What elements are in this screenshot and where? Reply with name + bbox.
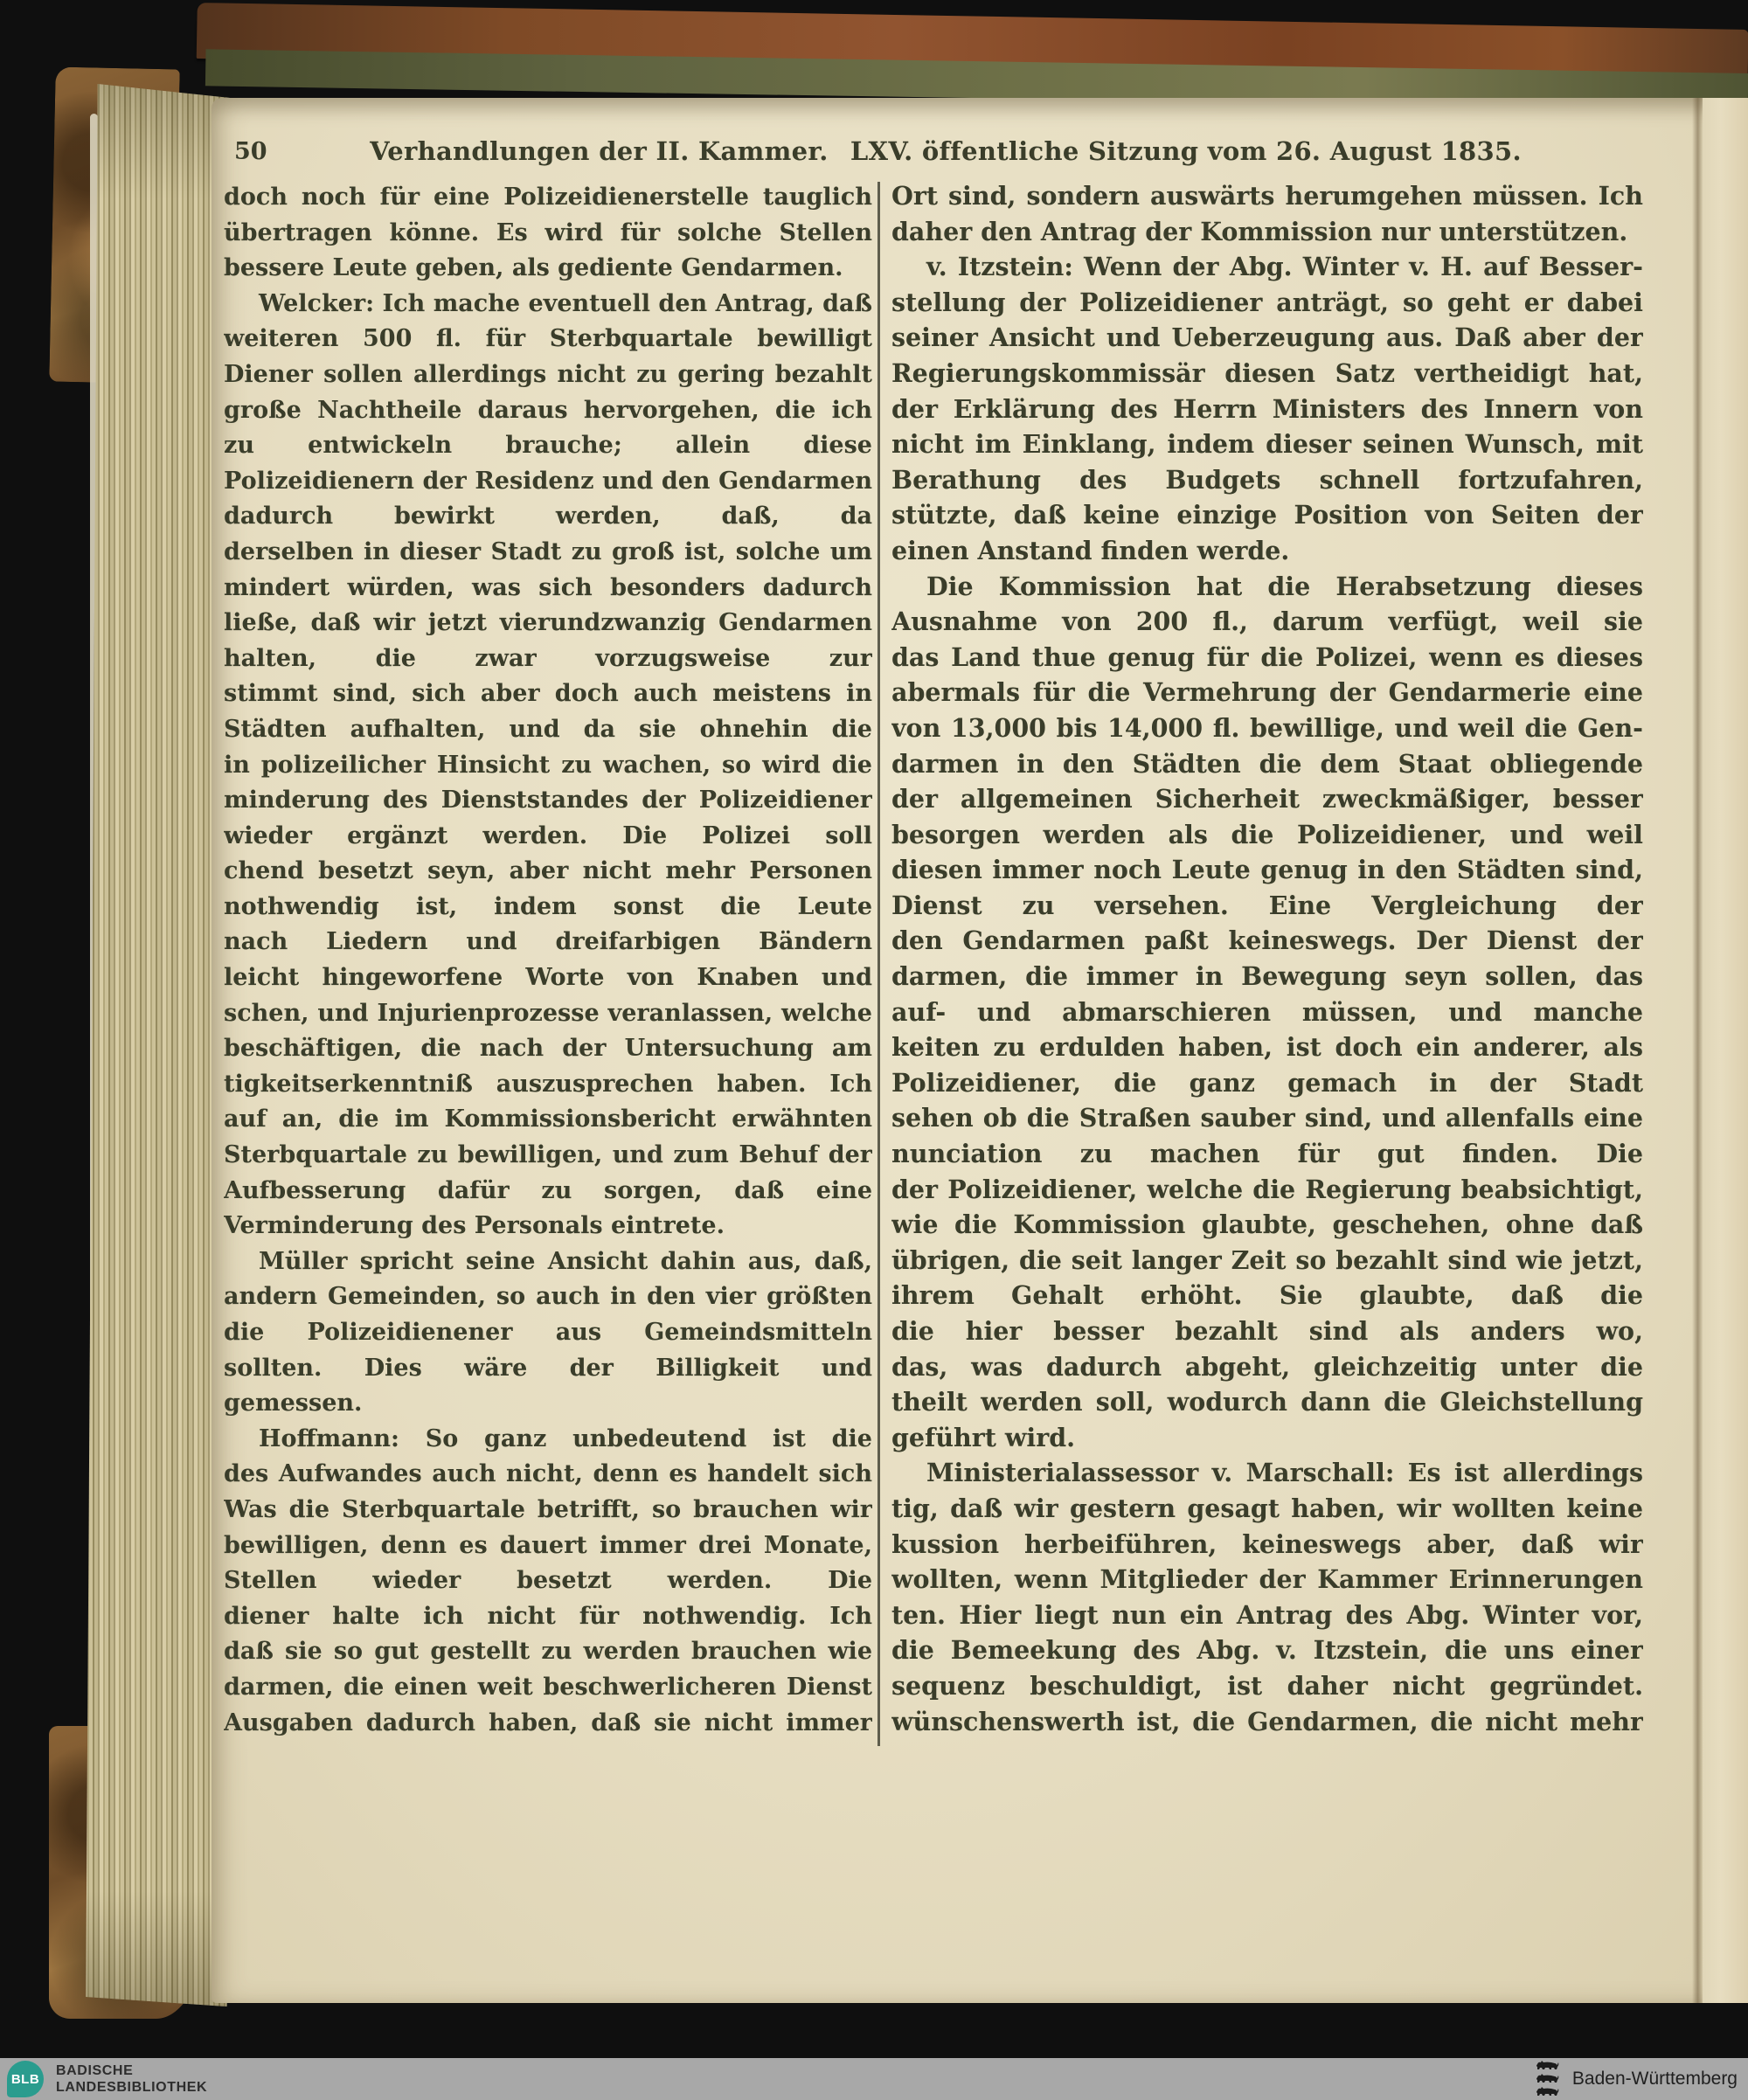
text-line: theilt werden soll, wodurch dann die Gle…	[891, 1384, 1643, 1420]
text-line: Was die Sterbquartale betrifft, so brauc…	[224, 1493, 872, 1528]
text-line: keiten zu erdulden haben, ist doch ein a…	[891, 1029, 1643, 1065]
text-line: die hier besser bezahlt sind als anders …	[891, 1313, 1643, 1349]
text-line: das, was dadurch abgeht, gleichzeitig un…	[891, 1349, 1643, 1385]
text-line: Verminderung des Personals eintrete.	[224, 1209, 872, 1244]
text-line: einen Anstand finden werde.	[891, 533, 1643, 569]
text-line: stimmt sind, sich aber doch auch meisten…	[224, 676, 872, 712]
text-line: darmen in den Städten die dem Staat obli…	[891, 746, 1643, 782]
text-line: Hoffmann: So ganz unbedeutend ist die Ve…	[224, 1422, 872, 1458]
page-number: 50	[234, 138, 267, 165]
blb-logo-icon: BLB	[7, 2061, 44, 2097]
text-line: kussion herbeiführen, keineswegs aber, d…	[891, 1527, 1643, 1563]
text-line: Ort sind, sondern auswärts herumgehen mü…	[891, 178, 1643, 214]
text-line: ihrem Gehalt erhöht. Sie glaubte, daß di…	[891, 1278, 1643, 1313]
text-line: sollten. Dies wäre der Billigkeit und Ge…	[224, 1351, 872, 1387]
text-line: beschäftigen, die nach der Untersuchung …	[224, 1031, 872, 1067]
text-line: seiner Ansicht und Ueberzeugung aus. Daß…	[891, 320, 1643, 356]
text-line: darmen, die einen weit beschwerlicheren …	[224, 1670, 872, 1706]
text-line: Polizeidiener, die ganz gemach in der St…	[891, 1065, 1643, 1101]
text-line: sehen ob die Straßen sauber sind, und al…	[891, 1100, 1643, 1136]
text-line: den Gendarmen paßt keineswegs. Der Diens…	[891, 923, 1643, 959]
text-line: Polizeidienern der Residenz und den Gend…	[224, 464, 872, 500]
page-running-header: Verhandlungen der II. Kammer. LXV. öffen…	[343, 136, 1549, 166]
text-line: diesen immer noch Leute genug in den Stä…	[891, 852, 1643, 888]
text-column-left: doch noch für eine Polizeidienerstelle t…	[224, 180, 872, 1741]
text-line: der allgemeinen Sicherheit zweckmäßiger,…	[891, 781, 1643, 817]
text-line: darmen, die immer in Bewegung seyn solle…	[891, 959, 1643, 995]
text-line: abermals für die Vermehrung der Gendarme…	[891, 675, 1643, 710]
text-line: Dienst zu versehen. Eine Vergleichung de…	[891, 888, 1643, 924]
text-line: wieder ergänzt werden. Die Polizei soll …	[224, 819, 872, 855]
state-name: Baden-Württemberg	[1572, 2069, 1738, 2090]
text-line: Regierungskommissär diesen Satz vertheid…	[891, 356, 1643, 392]
text-line: Stellen wieder besetzt werden. Die Besse…	[224, 1563, 872, 1599]
text-line: wünschenswerth ist, die Gendarmen, die n…	[891, 1704, 1643, 1740]
text-line: auf- und abmarschieren müssen, und manch…	[891, 995, 1643, 1030]
text-line: schen, und Injurienprozesse veranlassen,…	[224, 996, 872, 1032]
page-gutter-crease	[1692, 98, 1703, 2003]
text-line: v. Itzstein: Wenn der Abg. Winter v. H. …	[891, 249, 1643, 285]
text-line: weiteren 500 fl. für Sterbquartale bewil…	[224, 322, 872, 357]
text-line: nothwendig ist, indem sonst die Leute Ue…	[224, 890, 872, 925]
text-line: daher den Antrag der Kommission nur unte…	[891, 214, 1643, 250]
text-line: Diener sollen allerdings nicht zu gering…	[224, 357, 872, 393]
text-line: sequenz beschuldigt, ist daher nicht geg…	[891, 1668, 1643, 1704]
column-divider-rule	[877, 182, 880, 1746]
text-line: zu entwickeln brauche; allein diese Glei…	[224, 428, 872, 464]
scanned-book-page: 50 Verhandlungen der II. Kammer. LXV. öf…	[212, 98, 1748, 2003]
text-line: von 13,000 bis 14,000 fl. bewillige, und…	[891, 710, 1643, 746]
text-line: derselben in dieser Stadt zu groß ist, s…	[224, 535, 872, 571]
text-line: bewilligen, denn es dauert immer drei Mo…	[224, 1528, 872, 1564]
adjacent-page-strip	[1703, 98, 1748, 2003]
text-line: besorgen werden als die Polizeidiener, u…	[891, 817, 1643, 853]
text-line: die Polizeidienener aus Gemeindsmitteln …	[224, 1315, 872, 1351]
text-line: große Nachtheile daraus hervorgehen, die…	[224, 393, 872, 429]
text-line: nach Liedern und dreifarbigen Bändern fa…	[224, 925, 872, 960]
text-line: ließe, daß wir jetzt vierundzwanzig Gend…	[224, 606, 872, 641]
text-column-right: Ort sind, sondern auswärts herumgehen mü…	[891, 178, 1643, 1739]
text-line: stützte, daß keine einzige Position von …	[891, 497, 1643, 533]
text-line: daß sie so gut gestellt zu werden brauch…	[224, 1634, 872, 1670]
text-line: Aufbesserung dafür zu sorgen, daß eine v…	[224, 1174, 872, 1209]
text-line: auf an, die im Kommissionsbericht erwähn…	[224, 1102, 872, 1138]
text-line: minderung des Dienststandes der Polizeid…	[224, 783, 872, 819]
text-line: chend besetzt seyn, aber nicht mehr Pers…	[224, 854, 872, 890]
text-line: Ausnahme von 200 fl., darum verfügt, wei…	[891, 604, 1643, 640]
text-line: übrigen, die seit langer Zeit so bezahlt…	[891, 1243, 1643, 1279]
library-name-line2: LANDESBIBLIOTHEK	[56, 2079, 207, 2096]
text-line: tigkeitserkenntniß auszusprechen haben. …	[224, 1067, 872, 1103]
text-line: übertragen könne. Es wird für solche Ste…	[224, 216, 872, 252]
text-line: dadurch bewirkt werden, daß, da anerkann…	[224, 499, 872, 535]
text-line: Ausgaben dadurch haben, daß sie nicht im…	[224, 1706, 872, 1742]
library-footer-bar: BLB BADISCHE LANDESBIBLIOTHEK Baden-Würt…	[0, 2058, 1748, 2100]
text-line: halten, die zwar vorzugsweise zur Postwa…	[224, 641, 872, 677]
state-branding: Baden-Württemberg	[1532, 2060, 1738, 2098]
text-line: tig, daß wir gestern gesagt haben, wir w…	[891, 1491, 1643, 1527]
text-line: andern Gemeinden, so auch in den vier gr…	[224, 1279, 872, 1315]
text-line: gemessen.	[224, 1386, 872, 1422]
text-line: ten. Hier liegt nun ein Antrag des Abg. …	[891, 1598, 1643, 1633]
text-line: Berathung des Budgets schnell fortzufahr…	[891, 462, 1643, 498]
text-line: Welcker: Ich mache eventuell den Antrag,…	[224, 287, 872, 322]
text-line: wollten, wenn Mitglieder der Kammer Erin…	[891, 1562, 1643, 1598]
text-line: mindert würden, was sich besonders dadur…	[224, 571, 872, 606]
text-line: doch noch für eine Polizeidienerstelle t…	[224, 180, 872, 216]
scan-viewer-canvas: 50 Verhandlungen der II. Kammer. LXV. öf…	[0, 0, 1748, 2100]
text-line: der Polizeidiener, welche die Regierung …	[891, 1172, 1643, 1208]
text-line: stellung der Polizeidiener anträgt, so g…	[891, 285, 1643, 321]
text-line: geführt wird.	[891, 1420, 1643, 1456]
text-line: nunciation zu machen für gut finden. Die…	[891, 1136, 1643, 1172]
text-line: Die Kommission hat die Herabsetzung dies…	[891, 569, 1643, 605]
text-line: bessere Leute geben, als gediente Gendar…	[224, 251, 872, 287]
text-line: leicht hingeworfene Worte von Knaben und…	[224, 960, 872, 996]
text-line: Sterbquartale zu bewilligen, und zum Beh…	[224, 1138, 872, 1174]
text-line: des Aufwandes auch nicht, denn es handel…	[224, 1457, 872, 1493]
text-line: Müller spricht seine Ansicht dahin aus, …	[224, 1244, 872, 1280]
text-line: der Erklärung des Herrn Ministers des In…	[891, 392, 1643, 427]
text-line: in polizeilicher Hinsicht zu wachen, so …	[224, 748, 872, 784]
library-name-line1: BADISCHE	[56, 2062, 207, 2079]
text-line: wie die Kommission glaubte, geschehen, o…	[891, 1207, 1643, 1243]
text-line: nicht im Einklang, indem dieser seinen W…	[891, 426, 1643, 462]
text-line: diener halte ich nicht für nothwendig. I…	[224, 1599, 872, 1635]
text-line: das Land thue genug für die Polizei, wen…	[891, 640, 1643, 676]
library-branding: BLB BADISCHE LANDESBIBLIOTHEK	[7, 2061, 207, 2097]
baden-wuerttemberg-coat-of-arms-icon	[1532, 2060, 1562, 2098]
text-line: Ministerialassessor v. Marschall: Es ist…	[891, 1455, 1643, 1491]
text-line: die Bemeekung des Abg. v. Itzstein, die …	[891, 1632, 1643, 1668]
text-line: Städten aufhalten, und da sie ohnehin di…	[224, 712, 872, 748]
library-name: BADISCHE LANDESBIBLIOTHEK	[56, 2062, 207, 2096]
